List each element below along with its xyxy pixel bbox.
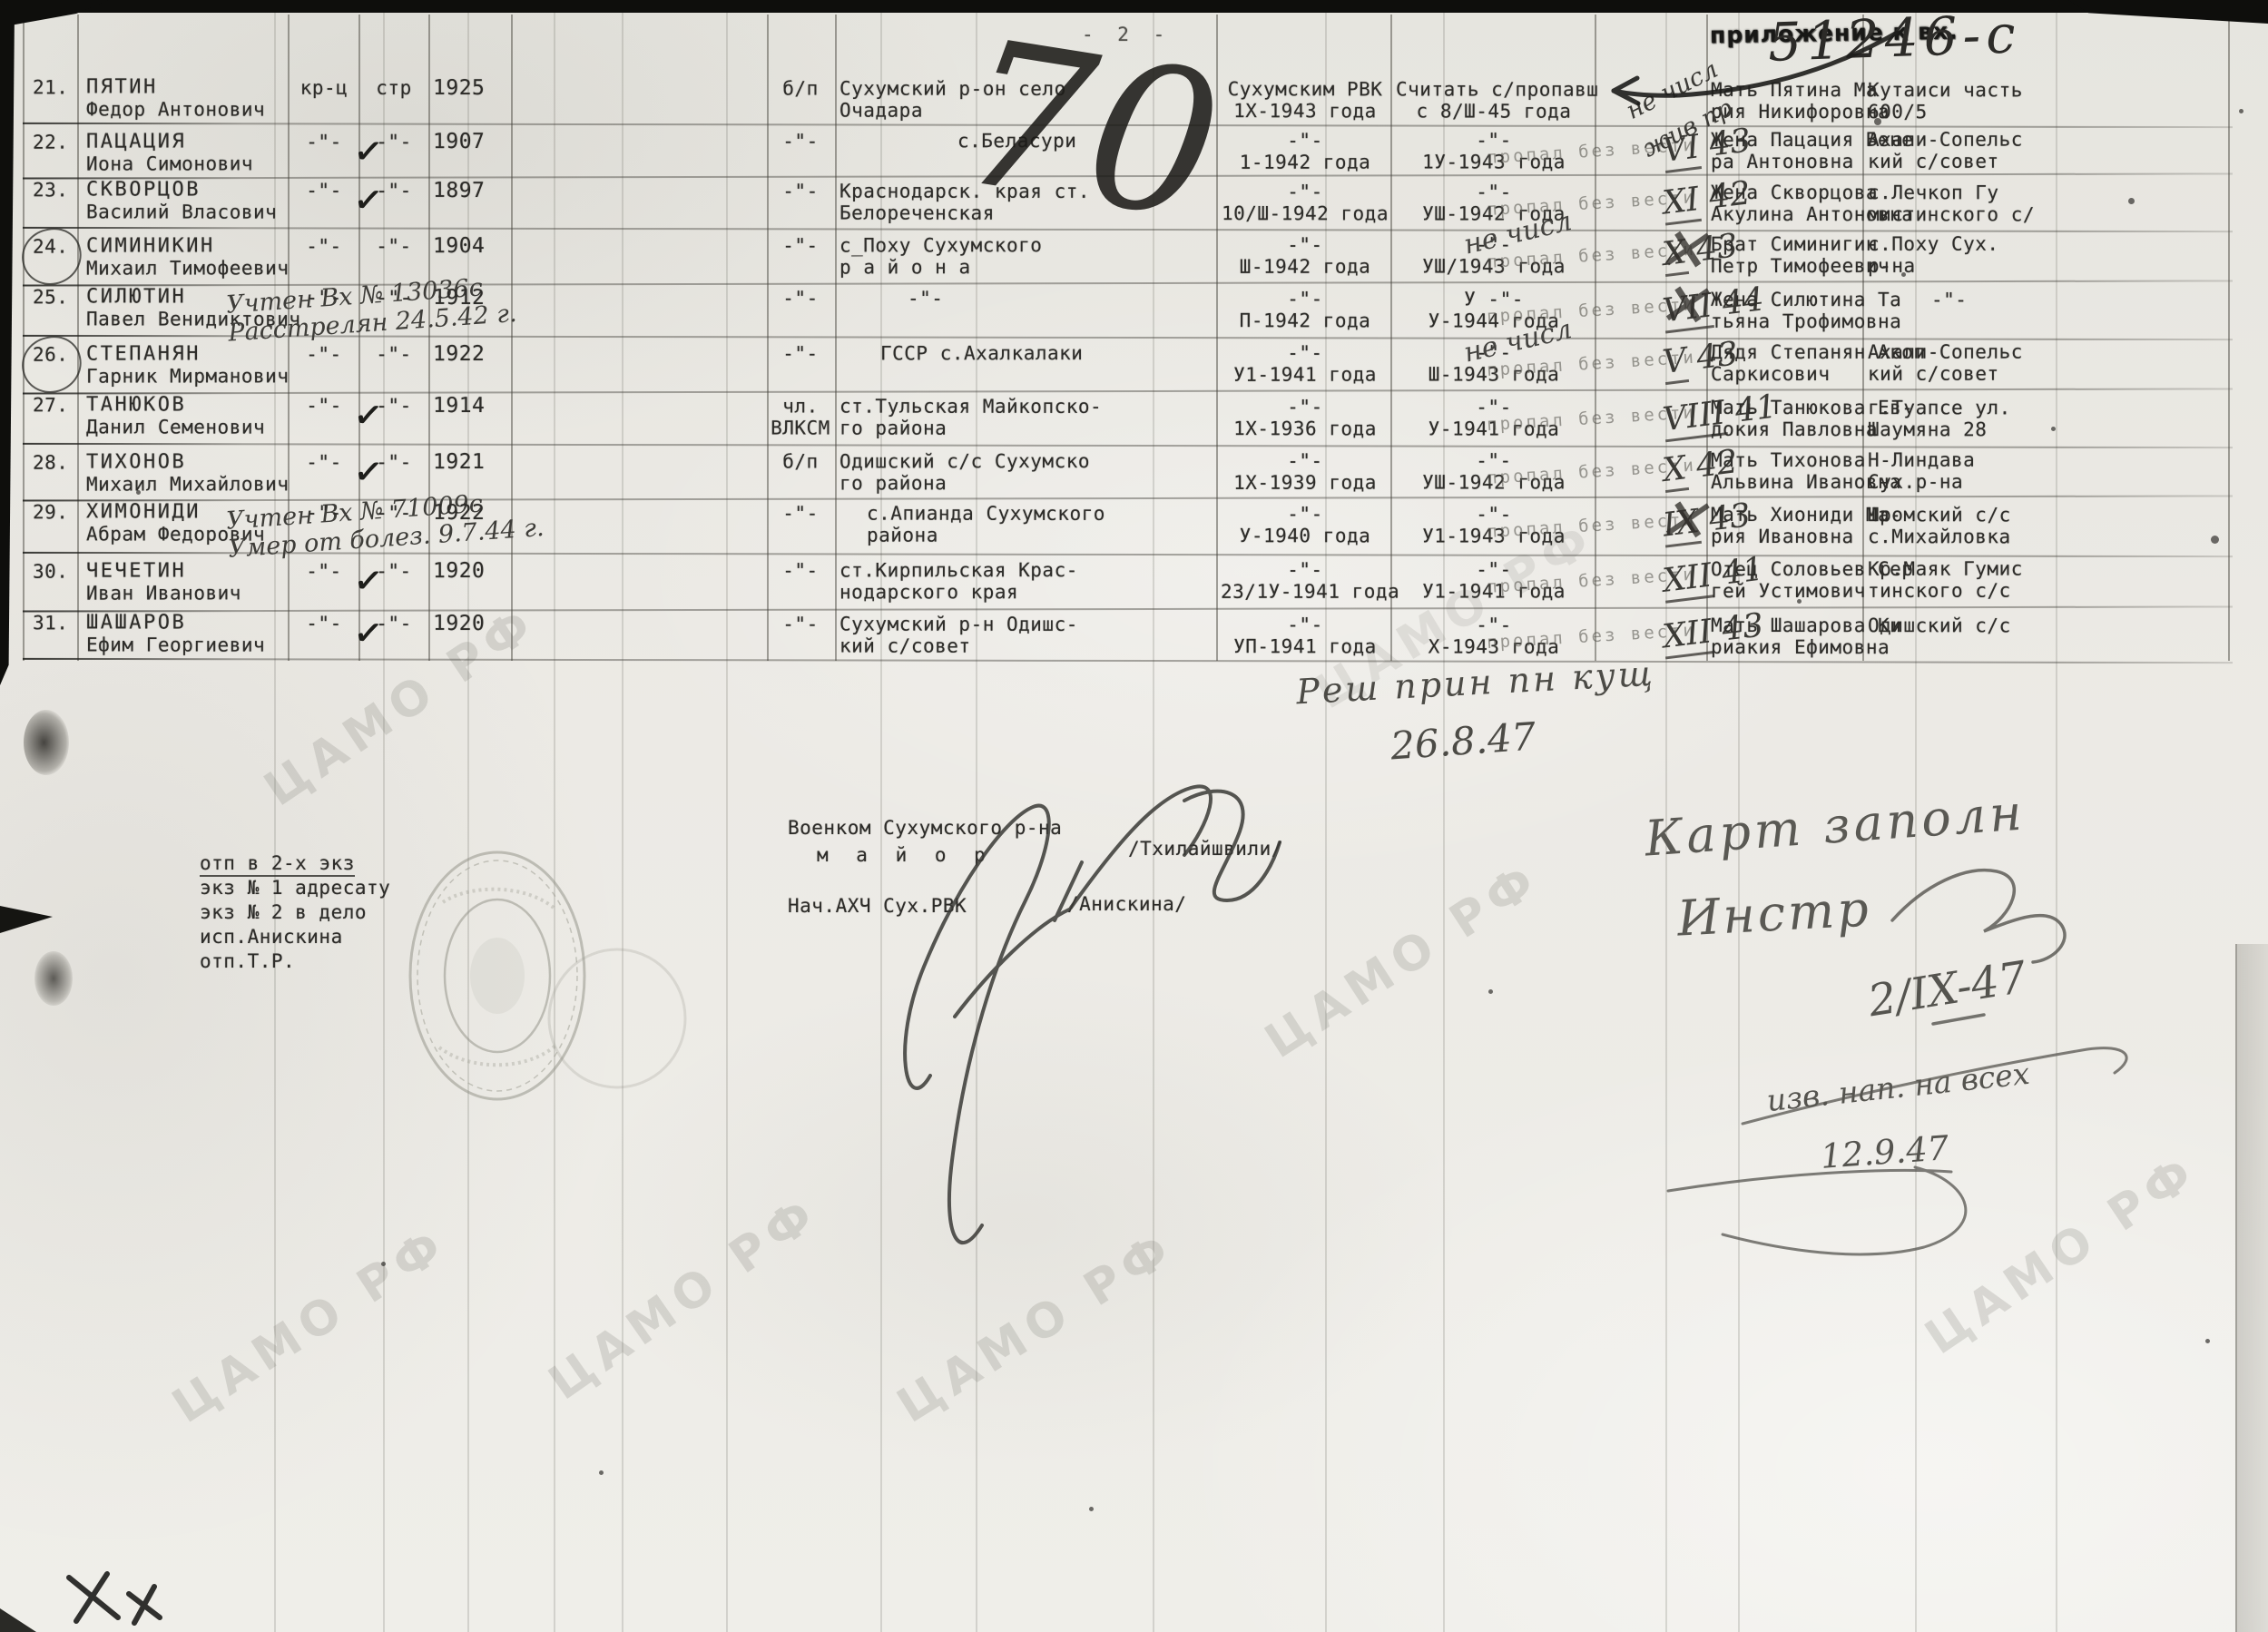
address-cell: Ахали-Сопельский с/совет [1868,341,2067,385]
name-cell: ЧЕЧЕТИНИван Иванович [86,560,299,604]
text-line: Мать Шашарова Ки [1711,614,1863,636]
faint-seal-ghost [545,946,690,1091]
drafted-by-cell: -"-1-1942 года [1221,130,1389,173]
text-line: ра Антоновна [1711,151,1863,172]
party-cell: -"- [768,180,833,202]
text-line: с.Поху Сух. [1868,233,2067,255]
text-line: -"- [1931,289,2131,310]
checkmark: ✓ [353,608,382,657]
text-line: с.Лечкоп Гу [1868,182,2067,203]
text-line: -"- [768,613,833,634]
row-number: 25. [33,286,80,308]
text-line: кий с/совет [1868,151,2067,172]
next-of-kin-cell: Мать Хиониди Ма-рия Ивановна [1711,504,1863,547]
text-line: -"- [768,287,833,309]
commissar-rank: м а й о р [817,844,994,866]
drafted-by-cell: -"-10/Ш-1942 года [1221,181,1389,224]
text-line: Иона Симонович [86,152,299,174]
checkmark: ✓ [353,447,382,495]
address-cell: Одишский с/с [1868,614,2067,636]
row-number: 28. [33,452,80,474]
text-line: Отец Соловьев Сер [1711,558,1863,580]
text-line: -"- [1221,288,1389,310]
text-line: Жена Пацация Вене [1711,129,1863,151]
text-line: -"- [768,234,833,256]
text-line: рия Ивановна [1711,526,1863,547]
address-cell: Кутаиси часть600/5 [1868,79,2067,123]
address-cell: Ахали-Сопельский с/совет [1868,129,2067,172]
specialty-cell: стр [361,77,427,99]
row-number: 30. [33,561,80,583]
handwritten-overlay-number: 70 [950,12,1232,249]
text-line: Гарник Мирманович [86,365,299,387]
text-line: Н-Линдава [1868,449,2067,471]
row-number: 26. [33,344,80,366]
party-cell: -"- [768,613,833,634]
birthplace-cell: -"- [839,288,1153,310]
checkmark: ✓ [353,126,382,174]
text-line: мистинского с/ [1868,203,2067,225]
text-line: Ахали-Сопельс [1868,129,2067,151]
table-row: 30.ЧЕЧЕТИНИван Иванович-"--"-✓1920-"-ст.… [0,552,2268,609]
name-cell: СИМИНИКИНМихаил Тимофеевич [86,235,299,279]
roman-month: XII [1661,613,1714,659]
text-line: с.Апианда Сухумского [867,503,1112,525]
row-number: 23. [33,179,80,201]
text-line: Дядя Степанян Акоп [1711,341,1863,363]
text-line: 10/Ш-1942 года [1221,202,1389,224]
rank-cell: -"- [290,131,358,152]
rank-cell: -"- [290,502,358,524]
scan-edge-top [0,0,2268,13]
birth-year-cell: 1922 [433,343,509,365]
birth-year-cell: 1925 [433,77,509,99]
copies-line: экз № 1 адресату [200,876,390,900]
birth-year-cell: 1904 [433,235,509,257]
copies-line: отп.Т.Р. [200,949,390,974]
roman-month: V [1661,341,1689,385]
copies-line: исп.Анискина [200,925,390,949]
commissar-name: /Тхилайшвили/ [1128,838,1283,860]
next-of-kin-cell: Жена Пацация Венера Антоновна [1711,129,1863,172]
table-row: 29.ХИМОНИДИАбрам ФедоровичУчтен Вх № 710… [0,496,2268,555]
checkmark: ✓ [353,390,382,439]
next-of-kin-cell: Жена Силютина Татьяна Трофимовна [1711,289,1863,332]
name-cell: ТАНЮКОВДанил Семенович [86,394,299,437]
text-line: р-на [1868,255,2067,277]
torn-hole [34,951,73,1006]
text-line: 1Х-1943 года [1221,100,1389,122]
text-line: с.Михайловка [1868,526,2067,547]
birthplace-cell: ст.Тульская Майкопско-го района [839,396,1085,439]
row-number: 24. [33,236,80,258]
text-line: докия Павловна [1711,418,1863,440]
address-cell: Кр.Маяк Гумистинского с/с [1868,558,2067,602]
text-line: Считать с/пропавш [1396,78,1592,100]
address-cell: с.Лечкоп Гумистинского с/ [1868,182,2067,225]
specialty-cell: -"- [361,343,427,365]
text-line: Кр.Маяк Гумис [1868,558,2067,580]
name-cell: СТЕПАНЯНГарник Мирманович [86,343,299,387]
next-of-kin-cell: Мать ТихоноваАльвина Ивановна [1711,449,1863,493]
row-number: 27. [33,394,80,416]
row-number: 29. [33,501,80,523]
drafted-by-cell: -"-1Х-1939 года [1221,450,1389,494]
birth-year-cell: 1920 [433,613,509,634]
party-cell: чл.ВЛКСМ [768,395,833,438]
text-line: 23/1У-1941 года [1221,581,1389,603]
text-line: -"- [768,130,833,152]
text-line: -"- [1221,559,1389,581]
party-cell: б/п [768,77,833,99]
rank-cell: -"- [290,287,358,309]
text-line: Одишский с/с Сухумско [839,450,1085,472]
copies-distribution-block: отп в 2-х экз экз № 1 адресату экз № 2 в… [200,851,390,974]
crossout-mark: ✕ [1654,269,1710,342]
party-cell: -"- [768,342,833,364]
text-line: У1-1941 года [1221,364,1389,386]
chief-title: Нач.АХЧ Сух.РВК [788,895,967,917]
text-line: УП-1941 года [1221,635,1389,657]
birth-year-cell: 1912 [433,287,509,309]
table-row: 31.ШАШАРОВЕфим Георгиевич-"--"-✓1920-"-С… [0,606,2268,661]
text-line: Мать Пятина Ма [1711,79,1863,101]
text-line: 1Х-1939 года [1221,472,1389,494]
text-line: Ахали-Сопельс [1868,341,2067,363]
specialty-cell: -"- [361,502,427,524]
name-cell: ТИХОНОВМихаил Михайлович [86,451,299,495]
torn-hole [24,710,69,775]
page-under-edge [2235,944,2268,1632]
name-cell: ПЯТИНФедор Антонович [86,76,299,120]
table-row: 25.СИЛЮТИНПавел ВенидиктовичУчтен Вх № 1… [0,280,2268,338]
text-line: б/п [768,450,833,472]
next-of-kin-cell: Брат СиминигинПетр Тимофеевич [1711,233,1863,277]
text-line: кий с/совет [839,635,1085,657]
text-line: Жена Силютина Та [1711,289,1863,310]
text-line: -"- [768,502,833,524]
text-line: Брат Симинигин [1711,233,1863,255]
text-line: Одишский с/с [1868,614,2067,636]
birthplace-cell: Одишский с/с Сухумского района [839,450,1085,494]
rank-cell: -"- [290,613,358,634]
text-line: тьяна Трофимовна [1711,310,1863,332]
text-line: б/п [768,77,833,99]
text-line: Мать Танюкова Ев- [1711,397,1863,418]
text-line: 1-1942 года [1221,152,1389,173]
birthplace-cell: с.Апианда Сухумскогорайона [839,503,1112,546]
text-line: Ефим Георгиевич [86,634,299,655]
copies-line: экз № 2 в дело [200,900,390,925]
party-cell: б/п [768,450,833,472]
birth-year-cell: 1907 [433,131,509,152]
rank-cell: -"- [290,560,358,582]
party-cell: -"- [768,130,833,152]
text-line: -"- [1221,396,1389,418]
text-line: -"- [1221,614,1389,635]
text-line: ВЛКСМ [768,417,833,438]
text-line: -"- [1221,181,1389,202]
drafted-by-cell: -"-23/1У-1941 года [1221,559,1389,603]
text-line: ПЯТИН [86,76,299,98]
text-line: Шромский с/с [1868,504,2067,526]
party-cell: -"- [768,559,833,581]
text-line: ГССР с.Ахалкалаки [880,342,1125,364]
text-line: р а й о н а [839,256,1085,278]
text-line: П-1942 года [1221,310,1389,331]
table-row: 28.ТИХОНОВМихаил Михайлович-"--"-✓1921б/… [0,443,2268,498]
party-cell: -"- [768,234,833,256]
text-line: Михаил Михайлович [86,473,299,495]
specialty-cell: -"- [361,235,427,257]
birth-year-cell: 1922 [433,502,509,524]
rank-cell: -"- [290,451,358,473]
text-line: -"- [1221,130,1389,152]
table-row: 26.СТЕПАНЯНГарник Мирманович-"--"-1922-"… [0,335,2268,391]
text-line: Сухумским РВК [1221,78,1389,100]
drafted-by-cell: -"-Ш-1942 года [1221,234,1389,278]
text-line: Ш-1942 года [1221,256,1389,278]
text-line: -"- [768,180,833,202]
text-line: -"- [1221,234,1389,256]
birth-year-cell: 1920 [433,560,509,582]
commissar-title: Военком Сухумского р-на [788,817,1062,839]
text-line: -"- [908,288,1153,310]
rank-cell: -"- [290,395,358,417]
text-line: Альвина Ивановна [1711,471,1863,493]
handwritten-registry-number: 51246-с [1767,3,2022,74]
address-cell: с.Поху Сух.р-на [1868,233,2067,277]
text-line: Данил Семенович [86,416,299,437]
text-line: У-1940 года [1221,525,1389,546]
text-line: тинского с/с [1868,580,2067,602]
text-line: го района [839,472,1085,494]
text-line: 600/5 [1868,101,2067,123]
text-line: района [867,525,1112,546]
table-row: 27.ТАНЮКОВДанил Семенович-"--"-✓1914чл.В… [0,388,2268,446]
next-of-kin-cell: Мать Танюкова Ев-докия Павловна [1711,397,1863,440]
text-line: Мать Тихонова [1711,449,1863,471]
birth-year-cell: 1921 [433,451,509,473]
text-line: -"- [768,559,833,581]
text-line: ТАНЮКОВ [86,394,299,416]
checkmark: ✓ [353,175,382,224]
text-line: нодарского края [839,581,1085,603]
next-of-kin-cell: Дядя Степанян АкопСаркисович [1711,341,1863,385]
address-cell: Шромский с/сс.Михайловка [1868,504,2067,547]
drafted-by-cell: -"-У1-1941 года [1221,342,1389,386]
checkmark: ✓ [353,555,382,604]
roman-month: XII [1661,556,1714,603]
text-line: Федор Антонович [86,98,299,120]
text-line: чл. [768,395,833,417]
text-line: кий с/совет [1868,363,2067,385]
row-number: 22. [33,132,80,153]
crossout-mark: ✕ [1654,484,1710,557]
birth-year-cell: 1914 [433,395,509,417]
address-cell: Н-ЛиндаваСух.р-на [1868,449,2067,493]
text-line: -"- [1221,503,1389,525]
birth-year-cell: 1897 [433,180,509,202]
text-line: Сух.р-на [1868,471,2067,493]
text-line: 1Х-1936 года [1221,418,1389,439]
text-line: -"- [1221,342,1389,364]
text-line: риакия Ефимовна [1711,636,1863,658]
birthplace-cell: ГССР с.Ахалкалаки [839,342,1125,364]
next-of-kin-cell: Отец Соловьев Сергей Устимович [1711,558,1863,602]
text-line: Михаил Тимофеевич [86,257,299,279]
text-line: с 8/Ш-45 года [1396,100,1592,122]
text-line: ст.Тульская Майкопско- [839,396,1085,418]
name-cell: СКВОРЦОВВасилий Власович [86,179,299,222]
missing-since-cell: Считать с/пропавшс 8/Ш-45 года [1396,78,1592,122]
text-line: ШАШАРОВ [86,612,299,634]
handwritten-card-note: Инстр [1675,880,1872,947]
text-line: го района [839,418,1085,439]
name-cell: ШАШАРОВЕфим Георгиевич [86,612,299,655]
text-line: Сухумский р-н Одишс- [839,614,1085,635]
text-line: Акулина Антоновна [1711,203,1863,225]
text-line: гей Устимович [1711,580,1863,602]
text-line: ст.Кирпильская Крас- [839,559,1085,581]
name-cell: ПАЦАЦИЯИона Симонович [86,131,299,174]
drafted-by-cell: -"-1Х-1936 года [1221,396,1389,439]
rank-cell: кр-ц [290,77,358,99]
row-number: 21. [33,76,80,98]
text-line: ЧЕЧЕТИН [86,560,299,582]
text-line: -"- [768,342,833,364]
drafted-by-cell: Сухумским РВК1Х-1943 года [1221,78,1389,122]
text-line: Жена Скворцова [1711,182,1863,203]
next-of-kin-cell: Мать Шашарова Кириакия Ефимовна [1711,614,1863,658]
address-cell: -"- [1868,289,2131,310]
party-cell: -"- [768,502,833,524]
text-line: Иван Иванович [86,582,299,604]
rank-cell: -"- [290,180,358,202]
text-line: Петр Тимофеевич [1711,255,1863,277]
text-line: СТЕПАНЯН [86,343,299,365]
text-line: Саркисович [1711,363,1863,385]
text-line: СКВОРЦОВ [86,179,299,201]
copies-line: отп в 2-х экз [200,852,355,877]
drafted-by-cell: -"-УП-1941 года [1221,614,1389,657]
handwritten-status-note: Учтен Вх № 71009сУмер от болез. 9.7.44 г… [225,486,545,564]
rank-cell: -"- [290,343,358,365]
text-line: ПАЦАЦИЯ [86,131,299,152]
birthplace-cell: ст.Кирпильская Крас-нодарского края [839,559,1085,603]
next-of-kin-cell: Жена СкворцоваАкулина Антоновна [1711,182,1863,225]
party-cell: -"- [768,287,833,309]
address-cell: г.Туапсе ул.Шаумяна 28 [1868,397,2067,440]
text-line: Мать Хиониди Ма- [1711,504,1863,526]
text-line: Шаумяна 28 [1868,418,2067,440]
row-number: 31. [33,612,80,634]
drafted-by-cell: -"-У-1940 года [1221,503,1389,546]
text-line: г.Туапсе ул. [1868,397,2067,418]
text-line: СИМИНИКИН [86,235,299,257]
text-line: Кутаиси часть [1868,79,2067,101]
drafted-by-cell: -"-П-1942 года [1221,288,1389,331]
specialty-cell: -"- [361,287,427,309]
text-line: Василий Власович [86,201,299,222]
birthplace-cell: Сухумский р-н Одишс-кий с/совет [839,614,1085,657]
chief-name: /Анискина/ [1067,893,1186,915]
text-line: ТИХОНОВ [86,451,299,473]
text-line: -"- [1221,450,1389,472]
rank-cell: -"- [290,235,358,257]
